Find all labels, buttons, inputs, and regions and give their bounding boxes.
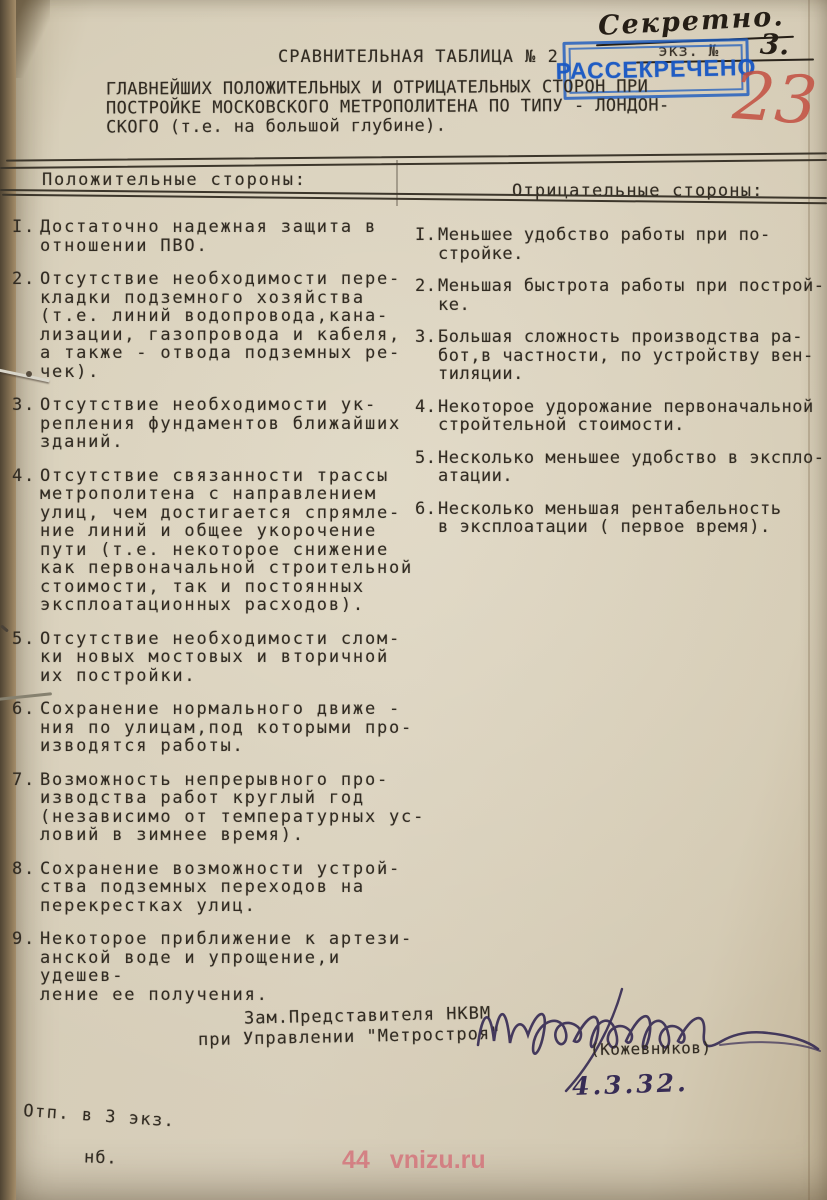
item-text: Отсутствие необходимости слом- ки новых … [40,630,401,686]
page-subtitle: ГЛАВНЕЙШИХ ПОЛОЖИТЕЛЬНЫХ И ОТРИЦАТЕЛЬНЫХ… [106,78,670,138]
item-number: 8. [12,860,40,916]
item-number: 5. [415,449,438,486]
negative-item: 2. Меньшая быстрота работы при построй- … [415,277,827,314]
binding-thread-knot [26,371,32,377]
item-text: Несколько меньшая рентабельность в экспл… [438,500,782,537]
positive-item: I. Достаточно надежная защита в отношени… [12,218,436,255]
positive-item: 6. Сохранение нормального движе - ния по… [12,700,436,756]
item-number: 4. [415,398,438,435]
item-text: Сохранение возможности устрой- ства подз… [40,860,401,916]
scanned-document-photo: Секретно. экз. № 3. РАССЕКРЕЧЕНО 23 СРАВ… [0,0,827,1200]
typist-initials: нб. [84,1147,118,1168]
item-number: I. [415,226,438,263]
negative-item: 3. Большая сложность производства ра- бо… [415,328,827,384]
item-number: 5. [12,630,40,686]
item-number: 9. [12,930,40,1004]
column-separator-tick [396,160,398,206]
page-corner-shade [16,0,50,78]
item-text: Отсутствие необходимости пере- кладки по… [40,270,401,381]
positive-item: 4. Отсутствие связанности трассы метропо… [12,467,436,615]
item-text: Меньшая быстрота работы при построй- ке. [438,277,824,314]
positive-item: 7. Возможность непрерывного про- изводст… [12,771,436,845]
negative-column: I. Меньшее удобство работы при по- строй… [415,226,827,551]
item-number: 7. [12,771,40,845]
positive-column: I. Достаточно надежная защита в отношени… [12,218,436,1019]
item-number: 6. [12,700,40,756]
positive-item: 8. Сохранение возможности устрой- ства п… [12,860,436,916]
item-number: I. [12,218,40,255]
page-number: 23 [731,63,819,135]
item-number: 3. [415,328,438,384]
page-title: СРАВНИТЕЛЬНАЯ ТАБЛИЦА № 2 [278,47,559,67]
item-number: 2. [12,270,40,381]
copy-number-value: 3. [759,27,789,61]
item-number: 4. [12,467,40,615]
item-text: Сохранение нормального движе - ния по ул… [40,700,413,756]
negative-item: 4. Некоторое удорожание первоначальной с… [415,398,827,435]
negative-item: I. Меньшее удобство работы при по- строй… [415,226,827,263]
item-text: Большая сложность производства ра- бот,в… [438,328,814,384]
signature-date: 4.3.32. [572,1068,690,1101]
item-text: Некоторое приближение к артези- анской в… [40,930,436,1004]
item-number: 6. [415,500,438,537]
signature-name: (Кожевников) [590,1038,712,1059]
column-header-positive: Положительные стороны: [42,170,307,190]
item-text: Достаточно надежная защита в отношении П… [40,218,377,255]
item-text: Меньшее удобство работы при по- стройке. [438,226,771,263]
positive-item: 3. Отсутствие необходимости ук- репления… [12,396,436,452]
watermark-number: 44 [342,1146,370,1175]
positive-item: 9. Некоторое приближение к артези- анско… [12,930,436,1004]
item-text: Возможность непрерывного про- изводства … [40,771,425,845]
item-text: Отсутствие связанности трассы метрополит… [40,467,413,615]
positive-item: 2. Отсутствие необходимости пере- кладки… [12,270,436,381]
negative-item: 6. Несколько меньшая рентабельность в эк… [415,500,827,537]
watermark: 44 vnizu.ru [342,1146,486,1175]
item-number: 2. [415,277,438,314]
item-number: 3. [12,396,40,452]
item-text: Несколько меньшее удобство в экспло- ата… [438,449,824,486]
item-text: Отсутствие необходимости ук- репления фу… [40,396,401,452]
positive-item: 5. Отсутствие необходимости слом- ки нов… [12,630,436,686]
item-text: Некоторое удорожание первоначальной стро… [438,398,814,435]
watermark-site: vnizu.ru [390,1146,486,1175]
negative-item: 5. Несколько меньшее удобство в экспло- … [415,449,827,486]
